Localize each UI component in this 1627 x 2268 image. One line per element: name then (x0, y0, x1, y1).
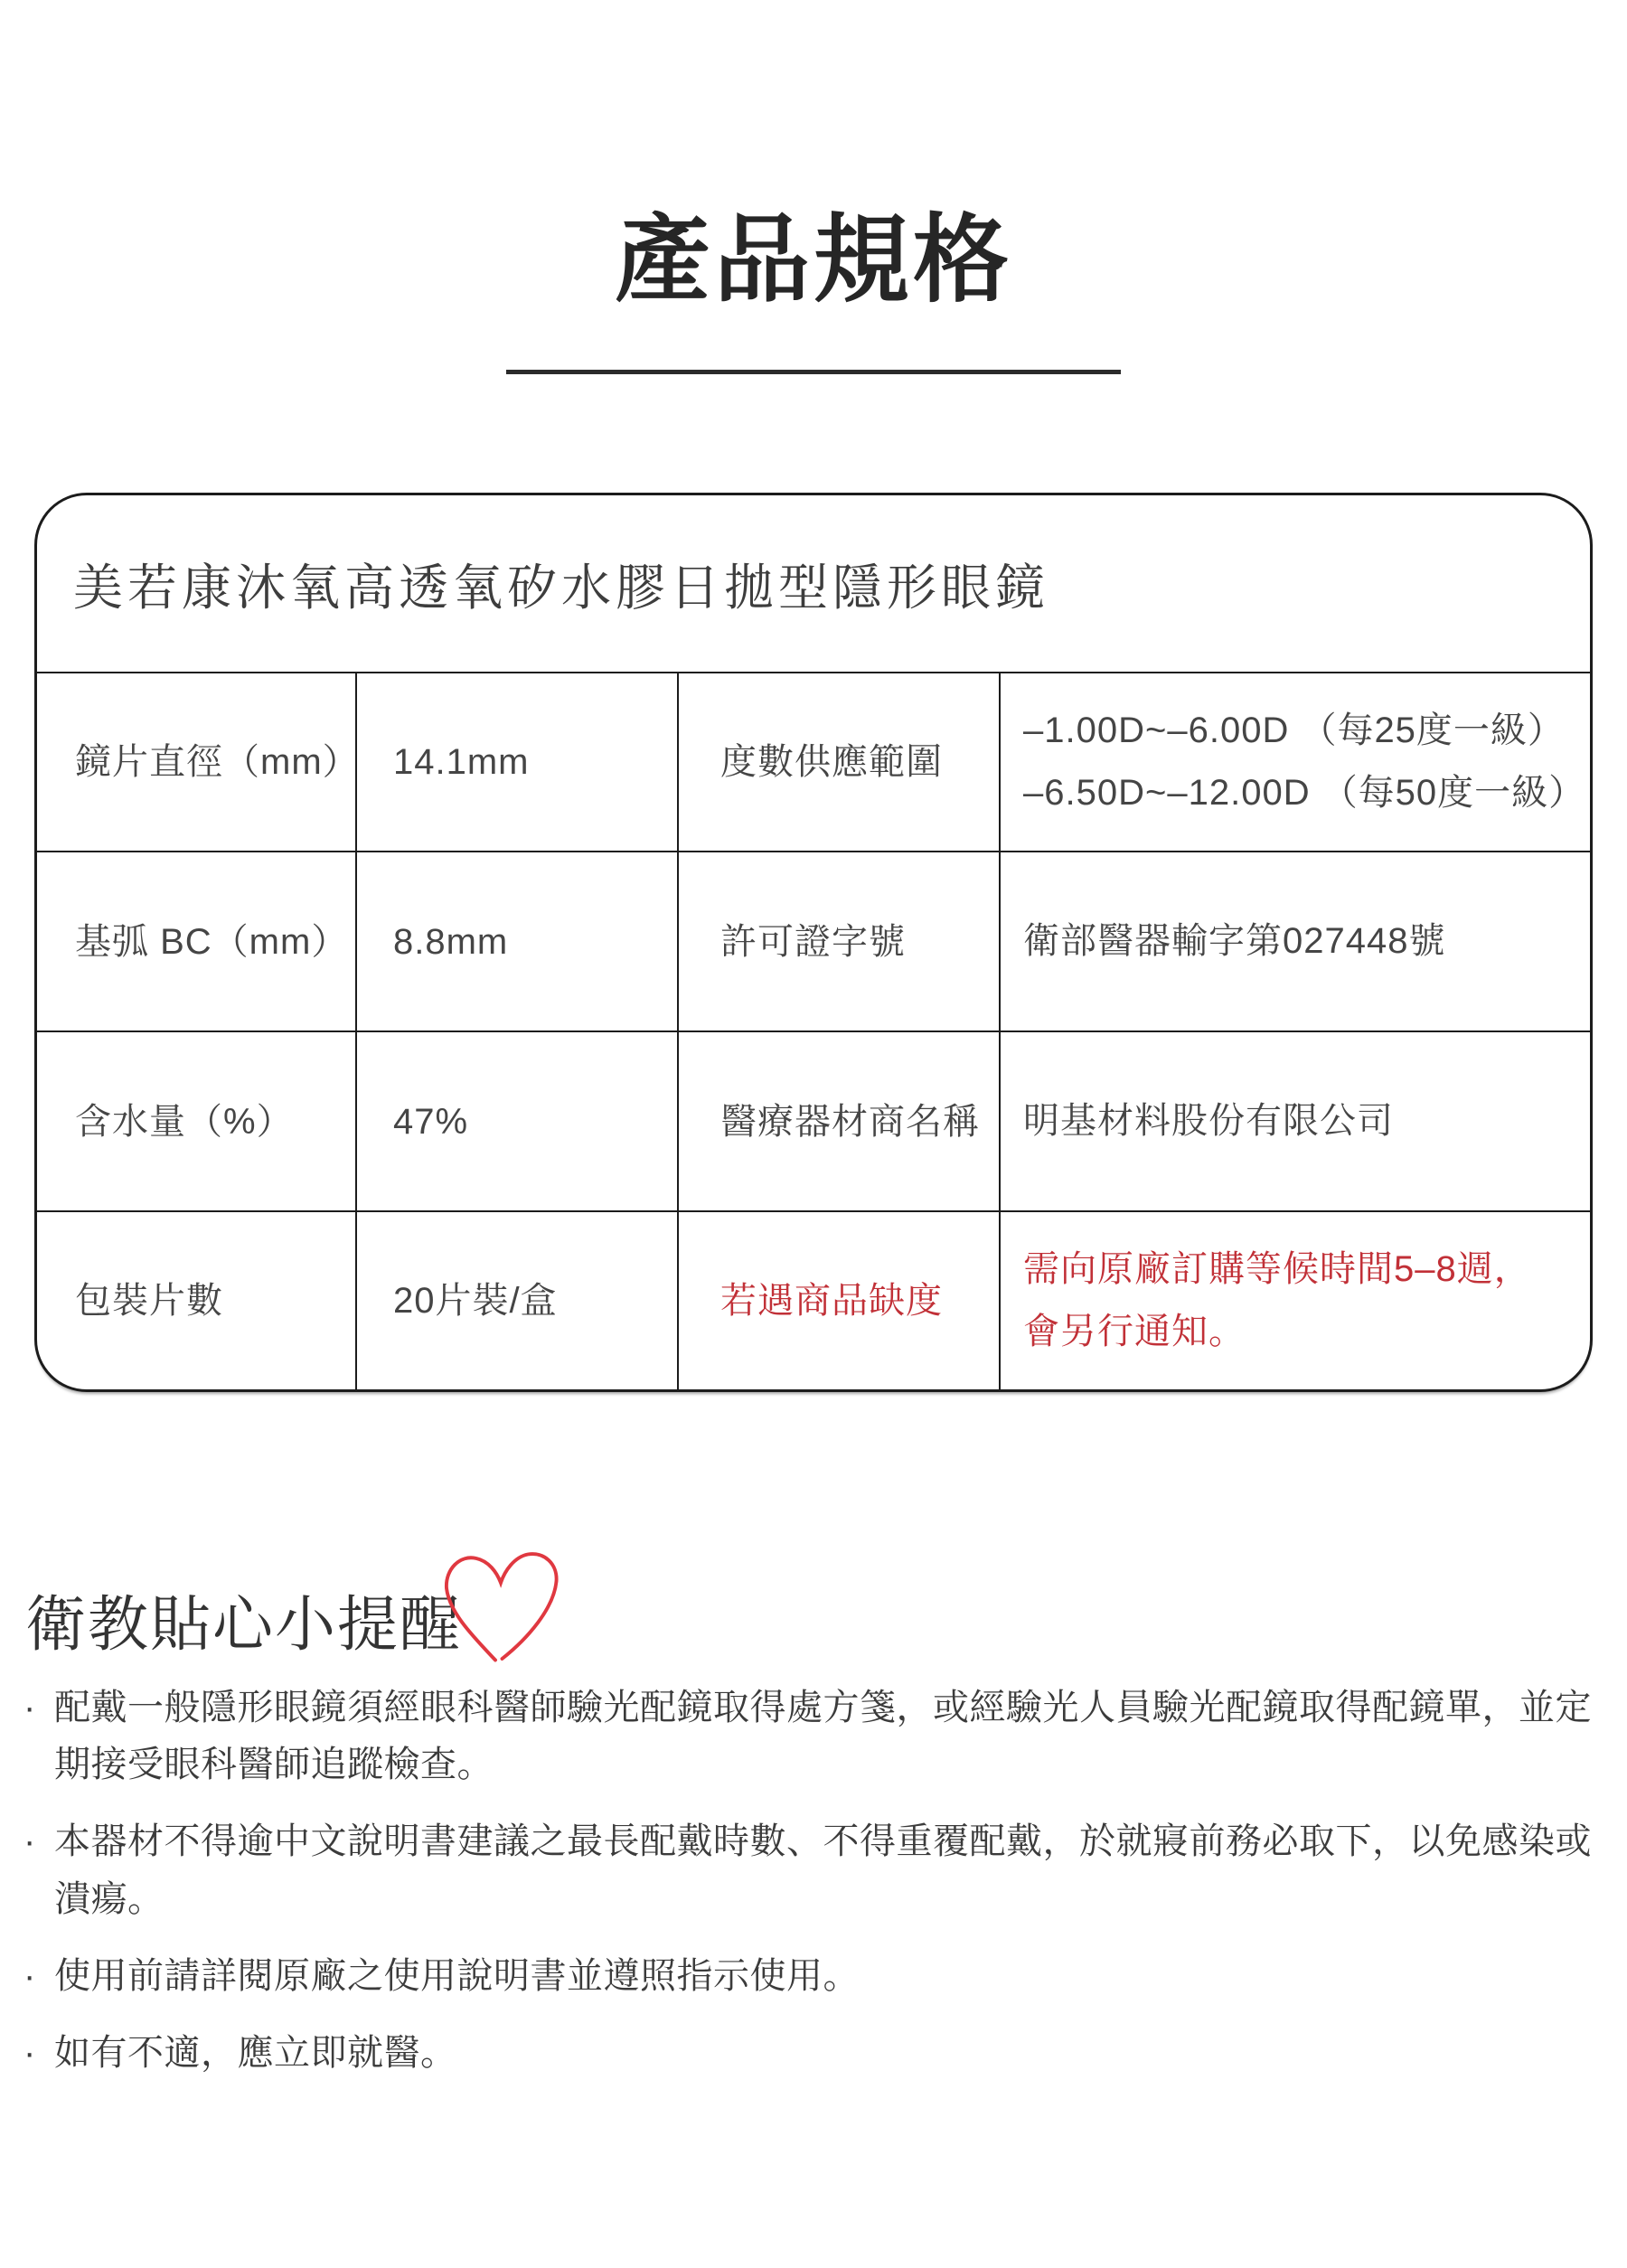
spec-value-water-content: 47% (357, 1032, 677, 1210)
spec-label-diameter: 鏡片直徑（mm） (37, 673, 355, 851)
reminder-bullet: · 配戴一般隱形眼鏡須經眼科醫師驗光配鏡取得處方箋，或經驗光人員驗光配鏡取得配鏡… (22, 1680, 1594, 1793)
spec-value-pack-count: 20片裝/盒 (357, 1212, 677, 1389)
spec-label-power-range: 度數供應範圍 (679, 673, 999, 851)
spec-label-pack-count: 包裝片數 (37, 1212, 355, 1389)
spec-value-shortage-notice: 需向原廠訂購等候時間5–8週， 會另行通知。 (1001, 1212, 1590, 1389)
power-range-line-2: –6.50D~–12.00D （每50度一級） (1023, 762, 1574, 824)
reminder-bullet: · 本器材不得逾中文說明書建議之最長配戴時數、不得重覆配戴，於就寢前務必取下，以… (22, 1813, 1594, 1927)
product-spec-page: 產品規格 美若康沐氧高透氧矽水膠日拋型隱形眼鏡 鏡片直徑（mm） 14.1mm … (0, 0, 1627, 2268)
bullet-dot: · (24, 1948, 36, 2005)
bullet-text: 本器材不得逾中文說明書建議之最長配戴時數、不得重覆配戴，於就寢前務必取下，以免感… (54, 1821, 1592, 1918)
shortage-notice-line-2: 會另行通知。 (1023, 1301, 1574, 1363)
manufacturer-name: 明基材料股份有限公司 (1023, 1090, 1574, 1153)
spec-value-manufacturer: 明基材料股份有限公司 (1001, 1032, 1590, 1210)
spec-value-license: 衛部醫器輸字第027448號 (1001, 852, 1590, 1030)
spec-table: 美若康沐氧高透氧矽水膠日拋型隱形眼鏡 鏡片直徑（mm） 14.1mm 度數供應範… (34, 493, 1593, 1392)
bullet-dot: · (24, 1813, 36, 1870)
bullet-dot: · (24, 1680, 36, 1736)
bullet-text: 如有不適，應立即就醫。 (54, 2033, 457, 2073)
spec-label-license: 許可證字號 (679, 852, 999, 1030)
reminder-bullet: · 使用前請詳閱原廠之使用說明書並遵照指示使用。 (22, 1948, 1594, 2005)
shortage-notice-line-1: 需向原廠訂購等候時間5–8週， (1023, 1238, 1574, 1301)
license-number: 衛部醫器輸字第027448號 (1023, 910, 1574, 973)
bullet-text: 使用前請詳閱原廠之使用說明書並遵照指示使用。 (54, 1956, 860, 1996)
reminder-heading: 衛教貼心小提醒 (25, 1576, 462, 1663)
spec-label-base-curve: 基弧 BC（mm） (37, 852, 355, 1030)
spec-label-shortage-notice: 若遇商品缺度 (679, 1212, 999, 1389)
power-range-line-1: –1.00D~–6.00D （每25度一級） (1023, 700, 1574, 762)
spec-label-water-content: 含水量（%） (37, 1032, 355, 1210)
spec-value-diameter: 14.1mm (357, 673, 677, 851)
bullet-text: 配戴一般隱形眼鏡須經眼科醫師驗光配鏡取得處方箋，或經驗光人員驗光配鏡取得配鏡單，… (54, 1688, 1592, 1784)
spec-value-base-curve: 8.8mm (357, 852, 677, 1030)
page-title: 產品規格 (0, 208, 1627, 314)
spec-label-manufacturer: 醫療器材商名稱 (679, 1032, 999, 1210)
bullet-dot: · (24, 2025, 36, 2082)
reminder-bullet: · 如有不適，應立即就醫。 (22, 2025, 1594, 2082)
product-name: 美若康沐氧高透氧矽水膠日拋型隱形眼鏡 (37, 495, 1590, 672)
reminder-bullet-list: · 配戴一般隱形眼鏡須經眼科醫師驗光配鏡取得處方箋，或經驗光人員驗光配鏡取得配鏡… (22, 1680, 1594, 2102)
heart-outline-icon (432, 1537, 569, 1672)
title-underline (506, 370, 1121, 374)
spec-value-power-range: –1.00D~–6.00D （每25度一級） –6.50D~–12.00D （每… (1001, 673, 1590, 851)
